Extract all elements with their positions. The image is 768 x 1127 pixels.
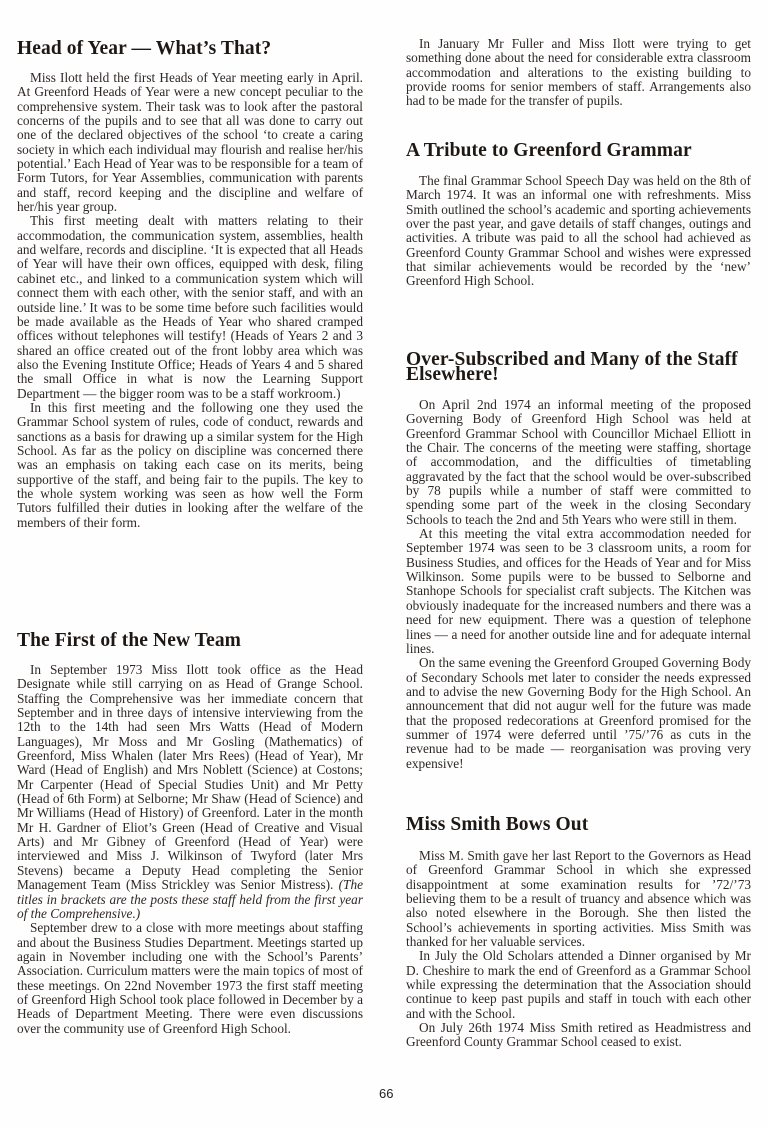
section-head-of-year-body: Miss Ilott held the first Heads of Year … [17, 71, 363, 530]
paragraph: This first meeting dealt with matters re… [17, 214, 363, 400]
intro-paragraph-block: In January Mr Fuller and Miss Ilott were… [406, 37, 751, 109]
page-number: 66 [379, 1086, 393, 1101]
paragraph: On April 2nd 1974 an informal meeting of… [406, 398, 751, 527]
paragraph: September drew to a close with more meet… [17, 921, 363, 1036]
paragraph: In July the Old Scholars attended a Dinn… [406, 949, 751, 1021]
paragraph: In this first meeting and the following … [17, 401, 363, 530]
paragraph: The final Grammar School Speech Day was … [406, 174, 751, 289]
paragraph: Miss M. Smith gave her last Report to th… [406, 849, 751, 949]
paragraph: On the same evening the Greenford Groupe… [406, 656, 751, 771]
heading-tribute: A Tribute to Greenford Grammar [406, 142, 751, 160]
heading-over-subscribed: Over-Subscribed and Many of the Staff El… [406, 352, 751, 382]
paragraph: On July 26th 1974 Miss Smith retired as … [406, 1021, 751, 1050]
heading-miss-smith-bows-out: Miss Smith Bows Out [406, 816, 751, 834]
paragraph-text: In September 1973 Miss Ilott took office… [17, 662, 363, 892]
section-miss-smith-body: Miss M. Smith gave her last Report to th… [406, 849, 751, 1050]
heading-first-of-new-team: The First of the New Team [17, 632, 363, 650]
paragraph: At this meeting the vital extra accommod… [406, 527, 751, 656]
heading-head-of-year: Head of Year — What’s That? [17, 40, 363, 58]
paragraph: Miss Ilott held the first Heads of Year … [17, 71, 363, 214]
section-first-of-new-team-body: In September 1973 Miss Ilott took office… [17, 663, 363, 1036]
section-tribute-body: The final Grammar School Speech Day was … [406, 174, 751, 289]
paragraph: In September 1973 Miss Ilott took office… [17, 663, 363, 921]
section-over-subscribed-body: On April 2nd 1974 an informal meeting of… [406, 398, 751, 771]
paragraph: In January Mr Fuller and Miss Ilott were… [406, 37, 751, 109]
